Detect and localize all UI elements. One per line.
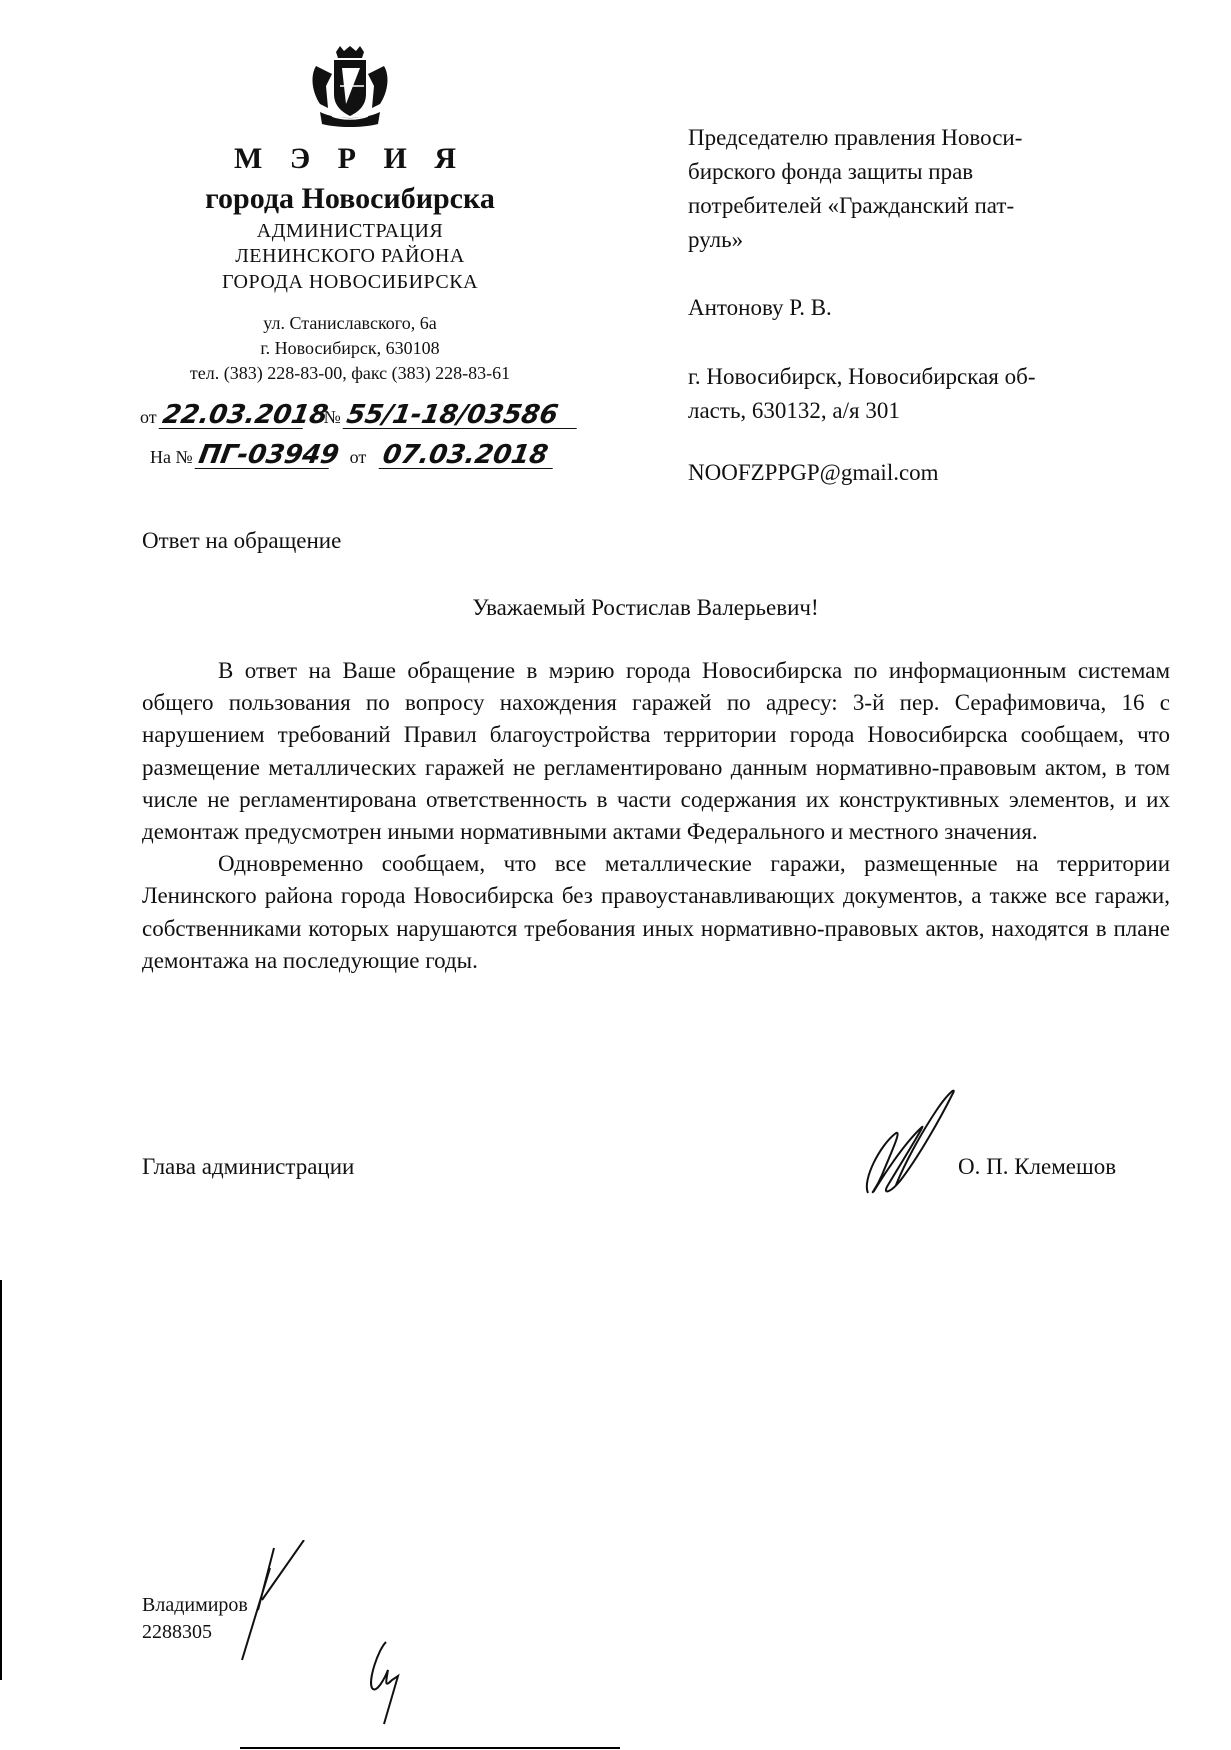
- letter-greeting: Уважаемый Ростислав Валерьевич!: [0, 595, 1231, 621]
- org-city: города Новосибирска: [130, 182, 570, 216]
- coat-of-arms-icon: [306, 46, 394, 128]
- letter-subject: Ответ на обращение: [142, 528, 341, 554]
- org-address-city: г. Новосибирск, 630108: [130, 338, 570, 359]
- body-paragraph-1: В ответ на Ваше обращение в мэрию города…: [142, 655, 1170, 848]
- ref-number: ПГ-03949: [195, 442, 334, 469]
- ref-date: 07.03.2018: [378, 442, 557, 469]
- recipient-position-line: потребителей «Гражданский пат-: [688, 189, 1138, 223]
- outgoing-registration: от 22.03.2018 № 55/1-18/03586: [140, 402, 579, 429]
- from-label: от: [140, 407, 157, 427]
- initials-mark-icon: [222, 1540, 312, 1675]
- outgoing-number: 55/1-18/03586: [343, 402, 582, 429]
- recipient-email: NOOFZPPGP@gmail.com: [688, 456, 1138, 490]
- ref-label: На №: [150, 447, 193, 467]
- department-line-3: ГОРОДА НОВОСИБИРСКА: [130, 271, 570, 294]
- org-title: М Э Р И Я: [130, 142, 570, 176]
- approval-mark-icon: [362, 1640, 402, 1735]
- signer-title: Глава администрации: [142, 1154, 354, 1180]
- org-phone-fax: тел. (383) 228-83-00, факс (383) 228-83-…: [130, 363, 570, 384]
- recipient-position-line: руль»: [688, 223, 1138, 257]
- recipient-position-line: бирского фонда защиты прав: [688, 155, 1138, 189]
- department-line-1: АДМИНИСТРАЦИЯ: [130, 220, 570, 243]
- recipient-address-line: г. Новосибирск, Новосибирская об-: [688, 360, 1138, 394]
- recipient-address: г. Новосибирск, Новосибирская об- ласть,…: [688, 360, 1138, 428]
- outgoing-date: 22.03.2018: [159, 402, 308, 429]
- scan-bottom-artifact: [240, 1747, 620, 1749]
- recipient-address-line: ласть, 630132, а/я 301: [688, 394, 1138, 428]
- department-line-2: ЛЕНИНСКОГО РАЙОНА: [130, 245, 570, 268]
- org-address-street: ул. Станиславского, 6а: [130, 313, 570, 334]
- recipient-position-line: Председателю правления Новоси-: [688, 121, 1138, 155]
- recipient-name: Антонову Р. В.: [688, 291, 1138, 325]
- handwritten-signature-icon: [860, 1085, 970, 1205]
- signer-name: О. П. Клемешов: [958, 1154, 1116, 1180]
- body-paragraph-2: Одновременно сообщаем, что все металличе…: [142, 848, 1170, 977]
- scan-edge-artifact: [0, 1280, 2, 1680]
- ref-from-label: от: [350, 447, 367, 467]
- incoming-reference: На № ПГ-03949 от 07.03.2018: [150, 442, 555, 469]
- recipient-position: Председателю правления Новоси- бирского …: [688, 121, 1138, 257]
- letter-body: В ответ на Ваше обращение в мэрию города…: [142, 655, 1170, 977]
